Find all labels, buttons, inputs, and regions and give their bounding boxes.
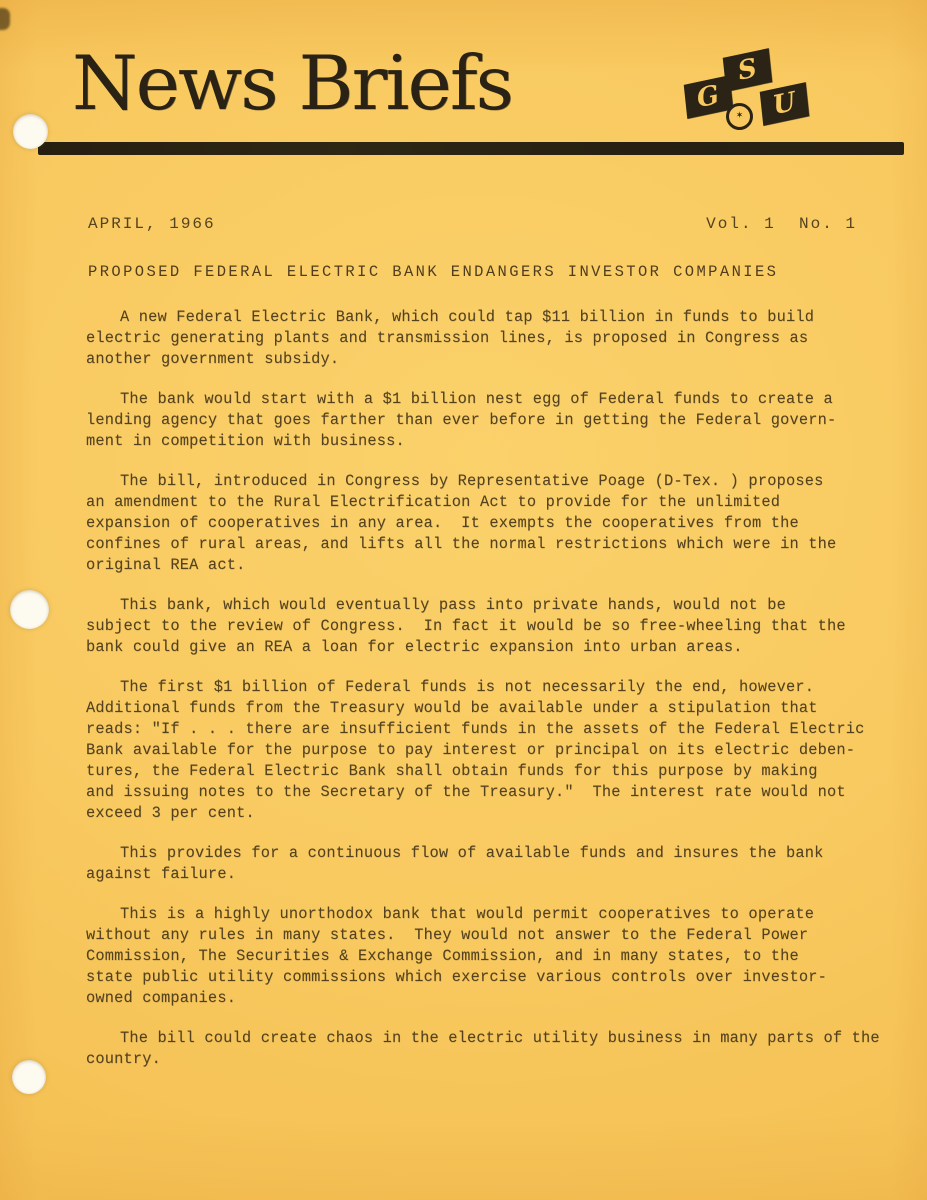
- logo-emblem-icon: ✶: [726, 103, 753, 130]
- punch-hole: [12, 1060, 46, 1094]
- newsletter-page: News Briefs G S U ✶ APRIL, 1966 Vol. 1 N…: [0, 0, 927, 1200]
- paragraph: The bill, introduced in Congress by Repr…: [86, 471, 885, 576]
- article-body: A new Federal Electric Bank, which could…: [86, 307, 885, 1070]
- logo-letter-g: G: [695, 82, 721, 112]
- logo-letter-s: S: [736, 55, 759, 85]
- newsletter-title: News Briefs: [72, 40, 512, 126]
- logo-letter-u: U: [771, 89, 798, 119]
- paragraph: A new Federal Electric Bank, which could…: [86, 307, 885, 370]
- paragraph: This is a highly unorthodox bank that wo…: [86, 904, 885, 1009]
- paragraph: This provides for a continuous flow of a…: [86, 843, 885, 885]
- logo-emblem-glyph: ✶: [736, 111, 743, 122]
- paragraph: This bank, which would eventually pass i…: [86, 595, 885, 658]
- issue-date: APRIL, 1966: [88, 215, 216, 233]
- paragraph: The bill could create chaos in the elect…: [86, 1028, 885, 1070]
- paragraph: The first $1 billion of Federal funds is…: [86, 677, 885, 824]
- paragraph: The bank would start with a $1 billion n…: [86, 389, 885, 452]
- logo-block-u: U: [760, 82, 810, 126]
- masthead: News Briefs G S U ✶: [0, 0, 927, 142]
- gsu-logo: G S U ✶: [683, 50, 811, 142]
- logo-block-s: S: [723, 48, 773, 92]
- issue-meta: APRIL, 1966 Vol. 1 No. 1: [88, 215, 857, 233]
- masthead-rule: [38, 142, 904, 155]
- article-headline: PROPOSED FEDERAL ELECTRIC BANK ENDANGERS…: [88, 263, 897, 281]
- issue-number: Vol. 1 No. 1: [706, 215, 857, 233]
- punch-hole: [10, 590, 49, 629]
